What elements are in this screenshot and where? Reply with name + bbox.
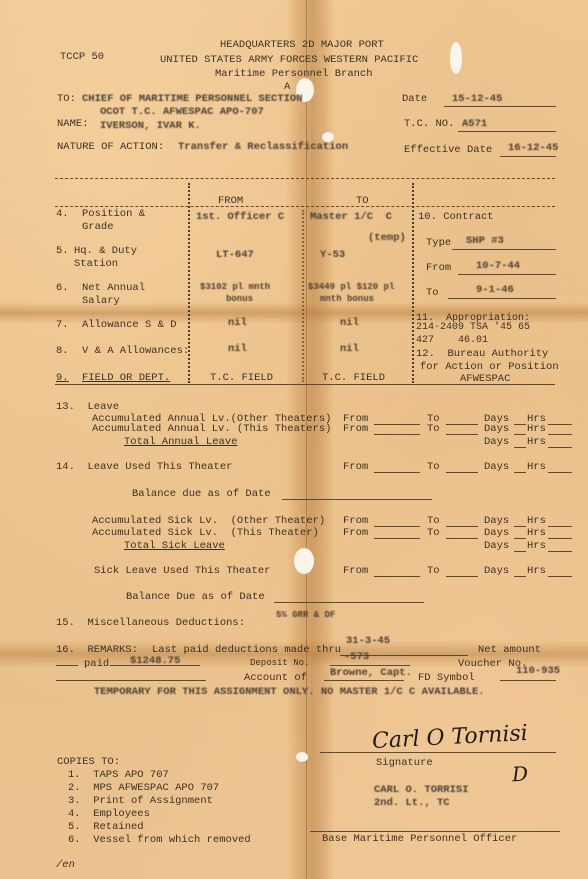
blank-days [514,526,526,527]
from-column-header: FROM [218,196,243,207]
blank-hrs [548,526,572,527]
temporary-note: TEMPORARY FOR THIS ASSIGNMENT ONLY. NO M… [94,687,485,698]
row-7-number: 7. [56,320,69,331]
row-6-number: 6. [56,283,69,294]
contract-to-value: 9-1-46 [476,285,514,296]
days-word: Days [484,528,509,539]
to-word: To [427,566,440,577]
contract-from-label: From [426,263,451,274]
hrs-word: Hrs [527,541,546,552]
blank-hrs [548,551,572,552]
blank-hrs [548,538,572,539]
row-4-from: 1st. Officer C [196,212,284,223]
sick-leave-this-label: Accumulated Sick Lv. (This Theater) [92,528,319,539]
blank-hrs [548,576,572,577]
form-id: TCCP 50 [60,52,104,63]
row-5-number: 5. [56,246,69,257]
contract-type-label: Type [426,238,451,249]
signature-label: Signature [376,758,433,769]
appropriation-line-1: 214-2409 TSA '45 65 [416,323,530,333]
blank-days [514,576,526,577]
sick-leave-other-label: Accumulated Sick Lv. (Other Theater) [92,516,325,527]
hrs-word: Hrs [527,516,546,527]
tc-no-underline [458,131,556,132]
blank-to [446,424,478,425]
effective-date-label: Effective Date [404,145,492,156]
typist-initials: /en [56,860,75,871]
to-column-header: TO [356,196,369,207]
copies-to-label: COPIES TO: [57,757,120,768]
column-divider-2 [302,210,306,382]
sick-balance-due-label: Balance Due as of Date [126,592,265,603]
header-divider [55,178,555,179]
contract-type-value: SHP #3 [466,236,504,247]
voucher-value: 110-935 [516,666,560,677]
paid-underline [110,665,200,666]
days-word: Days [484,541,509,552]
misc-deductions-value: 5% GRR & DF [276,611,335,620]
hrs-word: Hrs [527,566,546,577]
row-6-from-2: bonus [226,295,253,304]
row-5-from: LT-647 [216,250,254,261]
row-5-label-2: Station [74,259,118,270]
date-value: 15-12-45 [452,94,502,105]
header-line-4: A [284,82,290,93]
from-word: From [343,462,368,473]
row-6-to: $3449 pl $120 pl [308,283,394,292]
blank-from [374,472,420,473]
row-5-label: Hq. & Duty [74,246,137,257]
to-value: CHIEF OF MARITIME PERSONNEL SECTION [82,94,303,105]
name-value: IVERSON, IVAR K. [100,121,201,132]
contract-to-label: To [426,288,439,299]
annual-leave-this-label: Accumulated Annual Lv. (This Theaters) [92,424,331,435]
blank-days [514,472,526,473]
blank-hrs [548,447,572,448]
appropriation-line-2: 427 46.01 [416,336,488,346]
blank-days [514,447,526,448]
blank-from [374,424,420,425]
from-word: From [343,516,368,527]
contract-type-underline [452,249,556,250]
from-word: From [343,566,368,577]
days-word: Days [484,516,509,527]
row-6-from: $3102 pl mnth [200,283,270,292]
to-word: To [427,528,440,539]
blank-hrs [548,434,572,435]
row-8-from: nil [228,344,247,355]
row-4-number: 4. [56,209,69,220]
to-label: TO: [57,94,76,105]
effective-date-value: 16-12-45 [508,143,558,154]
signature-line [320,752,556,753]
row-8-number: 8. [56,346,69,357]
blank-to [446,526,478,527]
row-6-label: Net Annual [82,283,145,294]
officer-typed-rank: 2nd. Lt., TC [374,798,450,809]
deposit-value: -573 [344,652,369,663]
row-4-label-2: Grade [82,222,114,233]
blank-from [374,526,420,527]
header-line-3: Maritime Personnel Branch [215,69,373,80]
balance-due-label: Balance due as of Date [132,489,271,500]
blank-hrs [548,472,572,473]
row-8-label: V & A Allowances: [82,346,189,357]
date-underline [444,106,556,107]
fd-symbol-underline [500,680,556,681]
days-word: Days [484,566,509,577]
contract-label: 10. Contract [418,212,494,223]
from-word: From [343,528,368,539]
account-leading-line [56,680,206,681]
blank-days [514,434,526,435]
bureau-authority-label-2: for Action or Position [420,362,559,373]
date-label: Date [402,94,427,105]
deposit-underline [330,665,410,666]
sick-leave-used-label: Sick Leave Used This Theater [94,566,270,577]
copies-item-2: 2. MPS AFWESPAC APO 707 [68,783,219,794]
to-word: To [427,424,440,435]
officer-typed-name: CARL O. TORRISI [374,785,469,796]
effective-date-underline [500,156,556,157]
row-9-to: T.C. FIELD [322,373,385,384]
days-word: Days [484,424,509,435]
nature-label: NATURE OF ACTION: [57,142,164,153]
paper-hole [294,548,314,574]
bureau-authority-value: AFWESPAC [460,374,510,385]
row-5-to: Y-53 [320,250,345,261]
deposit-label: Deposit No. [250,659,309,668]
copies-item-3: 3. Print of Assignment [68,796,213,807]
bureau-authority-label: 12. Bureau Authority [416,349,548,360]
blank-balance-date [282,499,432,500]
blank-to [446,538,478,539]
blank-hrs [548,424,572,425]
contract-from-value: 10-7-44 [476,261,520,272]
copies-item-1: 1. TAPS APO 707 [68,770,169,781]
misc-deductions-label: 15. Miscellaneous Deductions: [56,618,245,629]
fd-symbol-label: FD Symbol [418,673,475,684]
days-word: Days [484,462,509,473]
tc-no-label: T.C. NO. [404,119,454,130]
blank-days [514,538,526,539]
header-line-2: UNITED STATES ARMY FORCES WESTERN PACIFI… [160,55,418,66]
nature-value: Transfer & Reclassification [178,142,348,153]
table-header-divider [55,206,555,207]
blank-from [374,538,420,539]
row-7-label: Allowance S & D [82,320,177,331]
to-word: To [427,462,440,473]
account-underline [324,680,404,681]
row-9-from: T.C. FIELD [210,373,273,384]
header-line-1: HEADQUARTERS 2D MAJOR PORT [220,40,384,51]
hrs-word: Hrs [527,528,546,539]
from-word: From [343,424,368,435]
hrs-word: Hrs [527,462,546,473]
copies-item-4: 4. Employees [68,809,150,820]
officer-title: Base Maritime Personnel Officer [322,834,517,845]
row-9-number: 9. [56,373,69,384]
paid-leading-line [56,665,78,666]
contract-to-underline [448,298,556,299]
total-annual-leave-label: Total Annual Leave [124,437,237,448]
blank-from [374,434,420,435]
account-value: Browne, Capt. [330,668,412,679]
total-sick-leave-label: Total Sick Leave [124,541,225,552]
blank-to [446,472,478,473]
remarks-label: 16. REMARKS: [56,645,138,656]
paper-hole [450,42,462,74]
leave-section-label: 13. Leave [56,402,119,413]
to-value-2: OCOT T.C. AFWESPAC APO-707 [100,107,264,118]
hrs-word: Hrs [527,437,546,448]
row-6-label-2: Salary [82,296,120,307]
row-4-label: Position & [82,209,145,220]
account-label: Account of [244,673,307,684]
hrs-word: Hrs [527,424,546,435]
row-7-from: nil [228,318,247,329]
blank-to [446,576,478,577]
row-4-to-2: (temp) [368,233,406,244]
paid-label: paid [84,659,109,670]
name-label: NAME: [57,119,89,130]
row-9-label: FIELD OR DEPT. [82,373,170,384]
handwritten-mark: D [511,762,528,787]
blank-days [514,424,526,425]
to-word: To [427,516,440,527]
row-6-to-2: mnth bonus [320,295,374,304]
row-4-to: Master 1/C C [310,212,392,223]
paper-hole [296,752,308,762]
contract-from-underline [458,274,556,275]
net-amount-label: Net amount [478,645,541,656]
remarks-text: Last paid deductions made thru [152,645,341,656]
officer-title-line [310,831,560,832]
vertical-fold-crease [306,0,307,879]
days-word: Days [484,437,509,448]
copies-item-5: 5. Retained [68,822,144,833]
blank-from [374,576,420,577]
row-7-to: nil [340,318,359,329]
blank-sick-balance-date [274,602,424,603]
row-8-to: nil [340,344,359,355]
remarks-thru-date: 31-3-45 [346,636,390,647]
tc-no-value: A571 [462,119,487,130]
copies-item-6: 6. Vessel from which removed [68,835,251,846]
blank-days [514,551,526,552]
leave-used-label: 14. Leave Used This Theater [56,462,232,473]
blank-to [446,434,478,435]
